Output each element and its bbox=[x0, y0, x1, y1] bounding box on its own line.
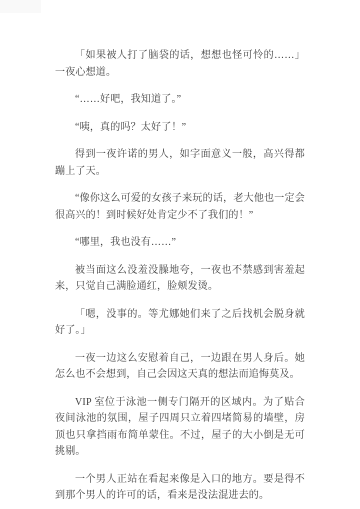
paragraph-list: 「如果被人打了脑袋的话，想想也怪可怜的……」一夜心想道。“……好吧，我知道了。”… bbox=[55, 48, 305, 505]
paragraph: 被当面这么没羞没臊地夸，一夜也不禁感到害羞起来，只觉自己满脸通红，脸颊发烫。 bbox=[55, 263, 305, 296]
paragraph: “哪里，我也没有……” bbox=[55, 235, 305, 252]
paragraph: VIP 室位于泳池一侧专门隔开的区域内。为了贴合夜间泳池的氛围，屋子四周只立着四… bbox=[55, 395, 305, 461]
paragraph: 「嗯，没事的。等尤娜她们来了之后找机会脱身就好了。」 bbox=[55, 307, 305, 340]
reader-screen: 「如果被人打了脑袋的话，想想也怪可怜的……」一夜心想道。“……好吧，我知道了。”… bbox=[0, 0, 360, 509]
paragraph: 「如果被人打了脑袋的话，想想也怪可怜的……」一夜心想道。 bbox=[55, 48, 305, 81]
paragraph: “……好吧，我知道了。” bbox=[55, 92, 305, 109]
top-left-artifact bbox=[0, 0, 41, 13]
paragraph: “咦，真的吗？太好了！” bbox=[55, 120, 305, 137]
paragraph: 一个男人正站在看起来像是入口的地方。要是得不到那个男人的许可的话，看来是没法混进… bbox=[55, 472, 305, 505]
paragraph: 得到一夜许诺的男人，如字面意义一般，高兴得都蹦上了天。 bbox=[55, 147, 305, 180]
paragraph: “像你这么可爱的女孩子来玩的话，老大他也一定会很高兴的！到时候好处肯定少不了我们… bbox=[55, 191, 305, 224]
novel-text-page[interactable]: 「如果被人打了脑袋的话，想想也怪可怜的……」一夜心想道。“……好吧，我知道了。”… bbox=[55, 48, 305, 509]
paragraph: 一夜一边这么安慰着自己，一边跟在男人身后。她怎么也不会想到，自己会因这天真的想法… bbox=[55, 351, 305, 384]
